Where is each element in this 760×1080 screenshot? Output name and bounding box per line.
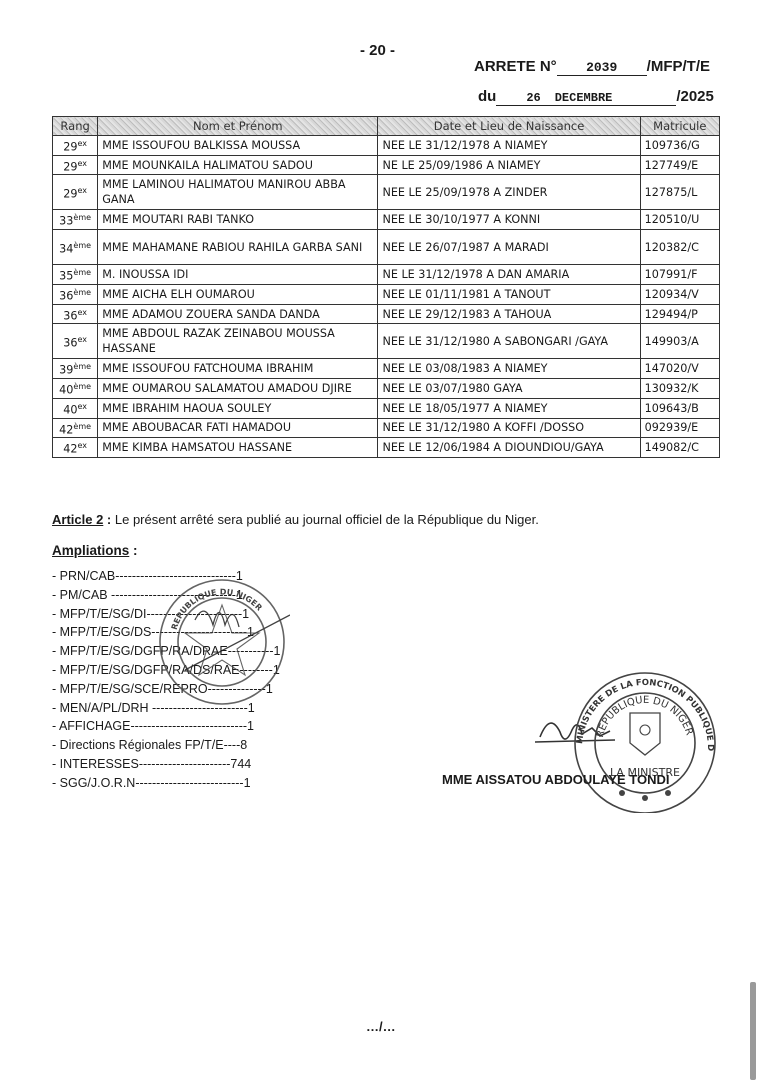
table-row: 42exMME KIMBA HAMSATOU HASSANENEE LE 12/…	[53, 438, 720, 458]
rang-number: 42	[59, 423, 73, 436]
cell-nom: MME IBRAHIM HAOUA SOULEY	[98, 398, 378, 418]
rang-number: 36	[63, 309, 77, 322]
cell-nom: MME MAHAMANE RABIOU RAHILA GARBA SANI	[98, 230, 378, 265]
cell-naissance: NEE LE 01/11/1981 A TANOUT	[378, 284, 640, 304]
column-header-rang: Rang	[53, 117, 98, 136]
appointment-table: Rang Nom et Prénom Date et Lieu de Naiss…	[52, 116, 720, 458]
ampliations-title-suffix: :	[129, 543, 137, 558]
cell-rang: 34ème	[53, 230, 98, 265]
cell-naissance: NEE LE 31/12/1980 A KOFFI /DOSSO	[378, 418, 640, 438]
cell-nom: MME ADAMOU ZOUERA SANDA DANDA	[98, 304, 378, 324]
rang-number: 29	[63, 141, 77, 154]
ampliations-title: Ampliations :	[52, 543, 138, 558]
cell-nom: MME KIMBA HAMSATOU HASSANE	[98, 438, 378, 458]
official-stamp-left-icon: REPUBLIQUE DU NIGER	[155, 575, 290, 710]
ampliation-item: - SGG/J.O.R.N--------------------------1	[52, 774, 280, 793]
rang-suffix: ème	[73, 213, 91, 222]
rang-number: 29	[63, 160, 77, 173]
cell-naissance: NE LE 31/12/1978 A DAN AMARIA	[378, 265, 640, 285]
cell-rang: 40ex	[53, 398, 98, 418]
table-row: 40exMME IBRAHIM HAOUA SOULEYNEE LE 18/05…	[53, 398, 720, 418]
official-stamp-right-icon: MINISTERE DE LA FONCTION PUBLIQUE DU TRA…	[570, 668, 720, 813]
cell-naissance: NEE LE 26/07/1987 A MARADI	[378, 230, 640, 265]
cell-matricule: 147020/V	[640, 359, 719, 379]
date-day: 26	[526, 91, 540, 105]
cell-rang: 29ex	[53, 155, 98, 175]
cell-nom: MME MOUNKAILA HALIMATOU SADOU	[98, 155, 378, 175]
signatory-name: MME AISSATOU ABDOULAYE TONDI	[442, 772, 670, 787]
rang-number: 29	[63, 188, 77, 201]
cell-naissance: NEE LE 31/12/1978 A NIAMEY	[378, 136, 640, 156]
cell-nom: MME ISSOUFOU FATCHOUMA IBRAHIM	[98, 359, 378, 379]
svg-text:REPUBLIQUE DU NIGER: REPUBLIQUE DU NIGER	[595, 695, 695, 739]
rang-number: 36	[63, 337, 77, 350]
rang-suffix: ex	[77, 139, 87, 148]
cell-rang: 42ex	[53, 438, 98, 458]
arrete-number-line: ARRETE N°2039/MFP/T/E	[474, 58, 710, 76]
rang-suffix: ex	[77, 159, 87, 168]
article-2-colon: :	[103, 512, 115, 527]
date-year: /2025	[676, 88, 714, 105]
rang-number: 40	[63, 404, 77, 417]
cell-nom: MME ABDOUL RAZAK ZEINABOU MOUSSA HASSANE	[98, 324, 378, 359]
rang-number: 39	[59, 364, 73, 377]
column-header-nom: Nom et Prénom	[98, 117, 378, 136]
rang-suffix: ex	[77, 308, 87, 317]
table-header-row: Rang Nom et Prénom Date et Lieu de Naiss…	[53, 117, 720, 136]
cell-rang: 42ème	[53, 418, 98, 438]
cell-naissance: NEE LE 12/06/1984 A DIOUNDIOU/GAYA	[378, 438, 640, 458]
du-label: du	[478, 88, 496, 105]
rang-suffix: ex	[77, 402, 87, 411]
table-row: 40èmeMME OUMAROU SALAMATOU AMADOU DJIREN…	[53, 379, 720, 399]
cell-nom: MME ISSOUFOU BALKISSA MOUSSA	[98, 136, 378, 156]
arrete-number: 2039	[557, 60, 647, 76]
cell-matricule: 107991/F	[640, 265, 719, 285]
cell-nom: MME ABOUBACAR FATI HAMADOU	[98, 418, 378, 438]
cell-naissance: NEE LE 03/08/1983 A NIAMEY	[378, 359, 640, 379]
cell-rang: 39ème	[53, 359, 98, 379]
vertical-scrollbar[interactable]	[750, 982, 756, 1080]
rang-suffix: ème	[73, 288, 91, 297]
table-row: 36exMME ABDOUL RAZAK ZEINABOU MOUSSA HAS…	[53, 324, 720, 359]
article-2-label: Article 2	[52, 512, 103, 527]
table-row: 36èmeMME AICHA ELH OUMAROUNEE LE 01/11/1…	[53, 284, 720, 304]
cell-matricule: 127875/L	[640, 175, 719, 210]
rang-suffix: ex	[77, 335, 87, 344]
rang-suffix: ème	[73, 362, 91, 371]
arrete-date: 26DECEMBRE	[496, 91, 676, 106]
cell-matricule: 120510/U	[640, 210, 719, 230]
svg-text:MINISTERE DE LA FONCTION PUBLI: MINISTERE DE LA FONCTION PUBLIQUE DU TRA…	[570, 668, 715, 751]
page-number: - 20 -	[360, 42, 395, 59]
table-row: 39èmeMME ISSOUFOU FATCHOUMA IBRAHIMNEE L…	[53, 359, 720, 379]
cell-naissance: NEE LE 18/05/1977 A NIAMEY	[378, 398, 640, 418]
cell-matricule: 120934/V	[640, 284, 719, 304]
table-row: 33èmeMME MOUTARI RABI TANKONEE LE 30/10/…	[53, 210, 720, 230]
cell-matricule: 149082/C	[640, 438, 719, 458]
cell-rang: 36ex	[53, 304, 98, 324]
column-header-matricule: Matricule	[640, 117, 719, 136]
table-row: 29exMME ISSOUFOU BALKISSA MOUSSANEE LE 3…	[53, 136, 720, 156]
cell-rang: 33ème	[53, 210, 98, 230]
cell-nom: MME AICHA ELH OUMAROU	[98, 284, 378, 304]
ampliations-title-text: Ampliations	[52, 543, 129, 558]
rang-number: 36	[59, 290, 73, 303]
table-row: 42èmeMME ABOUBACAR FATI HAMADOUNEE LE 31…	[53, 418, 720, 438]
rang-number: 35	[59, 270, 73, 283]
rang-number: 40	[59, 384, 73, 397]
cell-matricule: 092939/E	[640, 418, 719, 438]
cell-matricule: 149903/A	[640, 324, 719, 359]
rang-number: 42	[63, 443, 77, 456]
cell-rang: 36ex	[53, 324, 98, 359]
ampliation-item: - INTERESSES----------------------744	[52, 755, 280, 774]
rang-suffix: ex	[77, 186, 87, 195]
rang-suffix: ème	[73, 268, 91, 277]
cell-nom: MME LAMINOU HALIMATOU MANIROU ABBA GANA	[98, 175, 378, 210]
rang-suffix: ex	[77, 441, 87, 450]
cell-matricule: 127749/E	[640, 155, 719, 175]
cell-matricule: 120382/C	[640, 230, 719, 265]
table-row: 29exMME MOUNKAILA HALIMATOU SADOUNE LE 2…	[53, 155, 720, 175]
cell-nom: MME MOUTARI RABI TANKO	[98, 210, 378, 230]
cell-rang: 29ex	[53, 136, 98, 156]
rang-number: 34	[59, 243, 73, 256]
arrete-date-line: du26DECEMBRE/2025	[478, 88, 714, 106]
table-row: 29exMME LAMINOU HALIMATOU MANIROU ABBA G…	[53, 175, 720, 210]
article-2-text: Le présent arrêté sera publié au journal…	[115, 512, 539, 527]
cell-nom: M. INOUSSA IDI	[98, 265, 378, 285]
rang-suffix: ème	[73, 382, 91, 391]
cell-nom: MME OUMAROU SALAMATOU AMADOU DJIRE	[98, 379, 378, 399]
rang-suffix: ème	[73, 422, 91, 431]
rang-suffix: ème	[73, 241, 91, 250]
cell-matricule: 109643/B	[640, 398, 719, 418]
cell-rang: 40ème	[53, 379, 98, 399]
table-body: 29exMME ISSOUFOU BALKISSA MOUSSANEE LE 3…	[53, 136, 720, 458]
cell-naissance: NEE LE 29/12/1983 A TAHOUA	[378, 304, 640, 324]
cell-matricule: 129494/P	[640, 304, 719, 324]
cell-naissance: NEE LE 31/12/1980 A SABONGARI /GAYA	[378, 324, 640, 359]
continuation-marker: …/…	[366, 1019, 396, 1034]
cell-rang: 36ème	[53, 284, 98, 304]
cell-rang: 35ème	[53, 265, 98, 285]
table-row: 35èmeM. INOUSSA IDINE LE 31/12/1978 A DA…	[53, 265, 720, 285]
arrete-suffix: /MFP/T/E	[647, 58, 710, 75]
cell-naissance: NEE LE 30/10/1977 A KONNI	[378, 210, 640, 230]
date-month: DECEMBRE	[555, 91, 613, 105]
article-2: Article 2 : Le présent arrêté sera publi…	[52, 512, 539, 527]
cell-naissance: NEE LE 25/09/1978 A ZINDER	[378, 175, 640, 210]
cell-naissance: NE LE 25/09/1986 A NIAMEY	[378, 155, 640, 175]
table-row: 34èmeMME MAHAMANE RABIOU RAHILA GARBA SA…	[53, 230, 720, 265]
cell-matricule: 109736/G	[640, 136, 719, 156]
column-header-naissance: Date et Lieu de Naissance	[378, 117, 640, 136]
table-row: 36exMME ADAMOU ZOUERA SANDA DANDANEE LE …	[53, 304, 720, 324]
ampliation-item: - Directions Régionales FP/T/E----8	[52, 736, 280, 755]
cell-matricule: 130932/K	[640, 379, 719, 399]
rang-number: 33	[59, 215, 73, 228]
cell-naissance: NEE LE 03/07/1980 GAYA	[378, 379, 640, 399]
arrete-label: ARRETE N°	[474, 58, 557, 75]
ampliation-item: - AFFICHAGE----------------------------1	[52, 717, 280, 736]
cell-rang: 29ex	[53, 175, 98, 210]
